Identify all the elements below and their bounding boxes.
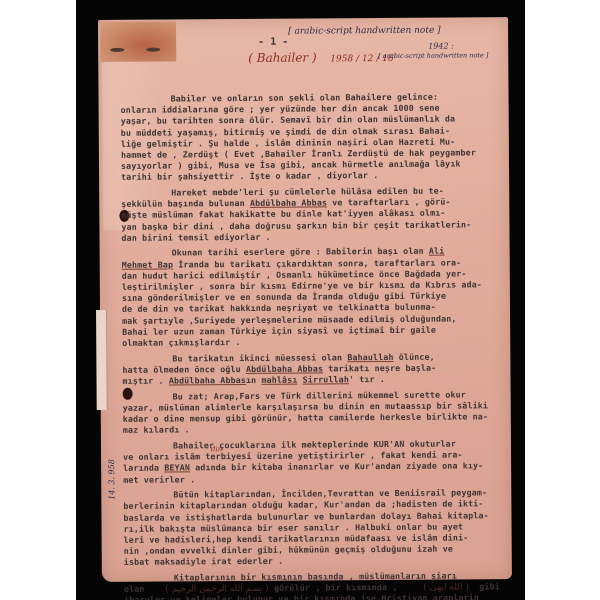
adhesive-tape-stain [100,21,176,62]
margin-date: 14. 3. 958 [107,459,116,500]
typed-body-text: Babiler ve onların son şekli olan Bahail… [121,91,505,600]
staple-hole [110,48,124,52]
handwritten-note-bottom: [ arabic-script handwritten note ] [378,51,488,60]
staple-hole [146,48,160,52]
arabic-phrase-allah-abha: ( الله ابهی ) [423,583,469,593]
handwritten-note-top: [ arabic-script handwritten note ] [288,26,441,37]
handwritten-note-year: 1942 : [428,42,454,51]
document-page: - 1 - ( Bahailer ) 1958 / 12 / 16 [ arab… [98,17,512,582]
handwritten-heading: ( Bahailer ) [248,50,316,64]
arabic-phrase-basmala: ( بسم الله الرحمن الرحيم ) [165,584,269,595]
page-number: - 1 - [258,37,288,48]
